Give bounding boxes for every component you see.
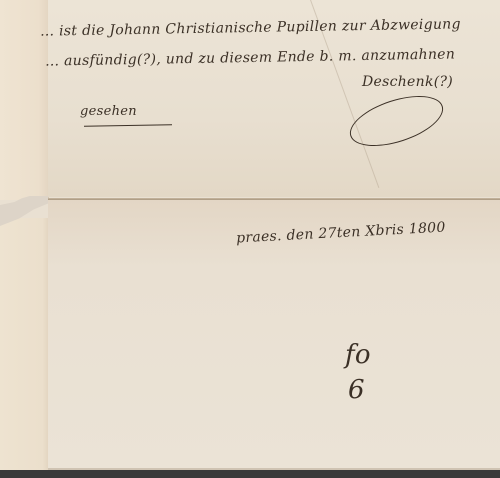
manuscript-sheet: … ist die Johann Christianische Pupillen…	[0, 0, 500, 478]
background-edge	[0, 470, 500, 478]
folio-number: 6	[348, 375, 365, 405]
folio-mark: fo	[345, 340, 371, 370]
signature: Deschenk(?)	[362, 74, 453, 90]
left-folded-strip-bottom	[0, 218, 51, 470]
margin-note-gesehen: gesehen	[80, 104, 137, 119]
